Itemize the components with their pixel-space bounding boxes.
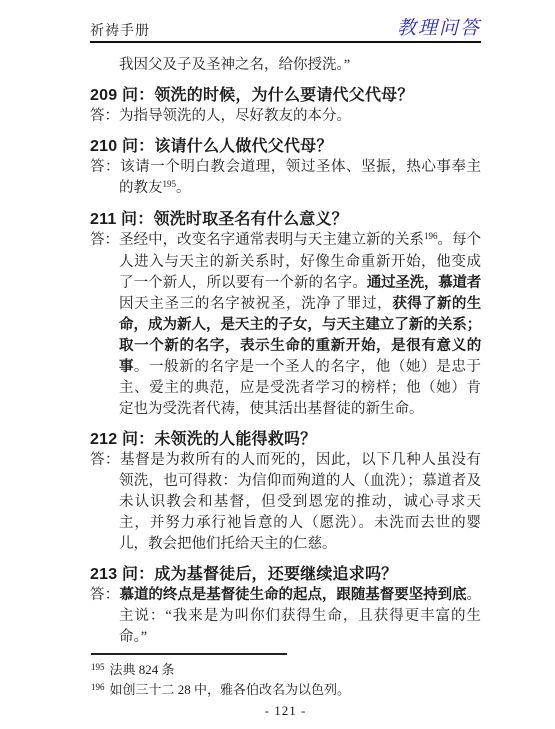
question-number-label: 211 问： (90, 211, 153, 228)
answer-text: 圣经中，改变名字通常表明与天主建立新的关系196。每个人进入与天主的新关系时，好… (119, 232, 481, 417)
answer-text: 为指导领洗的人，尽好教友的本分。 (119, 108, 351, 124)
footnote-number: 195 (91, 662, 105, 672)
answer-line: 答：慕道的终点是基督徒生命的起点，跟随基督要坚持到底。主说：“我来是为叫你们获得… (90, 585, 481, 648)
footnote-separator (91, 653, 287, 655)
question-text: 未领洗的人能得救吗？ (154, 431, 316, 448)
footnote-item: 195法典 824 条 (91, 661, 491, 681)
footnote-item: 196如创三十二 28 中，雅各伯改名为以色列。 (91, 681, 491, 701)
answer-text: 慕道的终点是基督徒生命的起点，跟随基督要坚持到底。主说：“我来是为叫你们获得生命… (119, 587, 481, 645)
footnote-list: 195法典 824 条 196如创三十二 28 中，雅各伯改名为以色列。 (91, 661, 491, 700)
answer-line: 答：圣经中，改变名字通常表明与天主建立新的关系196。每个人进入与天主的新关系时… (90, 230, 481, 420)
answer-prefix: 答： (90, 108, 119, 124)
question-line: 212 问：未领洗的人能得救吗？ (90, 429, 481, 450)
footnote-text: 如创三十二 28 中，雅各伯改名为以色列。 (110, 682, 351, 697)
question-number-label: 212 问： (90, 431, 154, 448)
question-text: 领洗的时候，为什么要请代父代母？ (154, 87, 413, 104)
answer-prefix: 答： (90, 159, 120, 175)
question-line: 209 问：领洗的时候，为什么要请代父代母？ (90, 85, 481, 106)
question-number-label: 209 问： (90, 87, 154, 104)
answer-prefix: 答： (90, 587, 120, 603)
answer-prefix: 答： (90, 452, 120, 468)
page-number: - 121 - (90, 703, 481, 719)
question-text: 该请什么人做代父代母？ (154, 138, 332, 155)
question-line: 211 问：领洗时取圣名有什么意义？ (90, 209, 481, 230)
answer-text: 基督是为救所有的人而死的，因此，以下几种人虽没有领洗，也可得救：为信仰而殉道的人… (119, 452, 481, 552)
footnote-text: 法典 824 条 (110, 662, 175, 677)
header-right-title: 教理问答 (397, 13, 481, 40)
page-content: 我因父及子及圣神之名，给你授洗。” 209 问：领洗的时候，为什么要请代父代母？… (90, 55, 481, 648)
question-number-label: 213 问： (90, 566, 154, 583)
question-line: 213 问：成为基督徒后，还要继续追求吗？ (90, 564, 481, 585)
answer-prefix: 答： (90, 232, 119, 248)
question-number-label: 210 问： (90, 138, 154, 155)
answer-line: 答：该请一个明白教会道理，领过圣体、坚振，热心事奉主的教友195。 (90, 157, 481, 200)
answer-line: 答：为指导领洗的人，尽好教友的本分。 (90, 106, 481, 127)
intro-quote-line: 我因父及子及圣神之名，给你授洗。” (90, 55, 481, 76)
question-line: 210 问：该请什么人做代父代母？ (90, 136, 481, 157)
header-left-title: 祈祷手册 (90, 20, 150, 40)
question-text: 领洗时取圣名有什么意义？ (153, 211, 347, 228)
question-text: 成为基督徒后，还要继续追求吗？ (154, 566, 397, 583)
qa-list: 209 问：领洗的时候，为什么要请代父代母？ 答：为指导领洗的人，尽好教友的本分… (90, 85, 481, 648)
document-page: 祈祷手册 教理问答 我因父及子及圣神之名，给你授洗。” 209 问：领洗的时候，… (0, 0, 555, 729)
header-rule (90, 41, 481, 43)
footnote-number: 196 (91, 682, 105, 692)
answer-line: 答：基督是为救所有的人而死的，因此，以下几种人虽没有领洗，也可得救：为信仰而殉道… (90, 450, 481, 555)
answer-text: 该请一个明白教会道理，领过圣体、坚振，热心事奉主的教友195。 (119, 159, 481, 196)
